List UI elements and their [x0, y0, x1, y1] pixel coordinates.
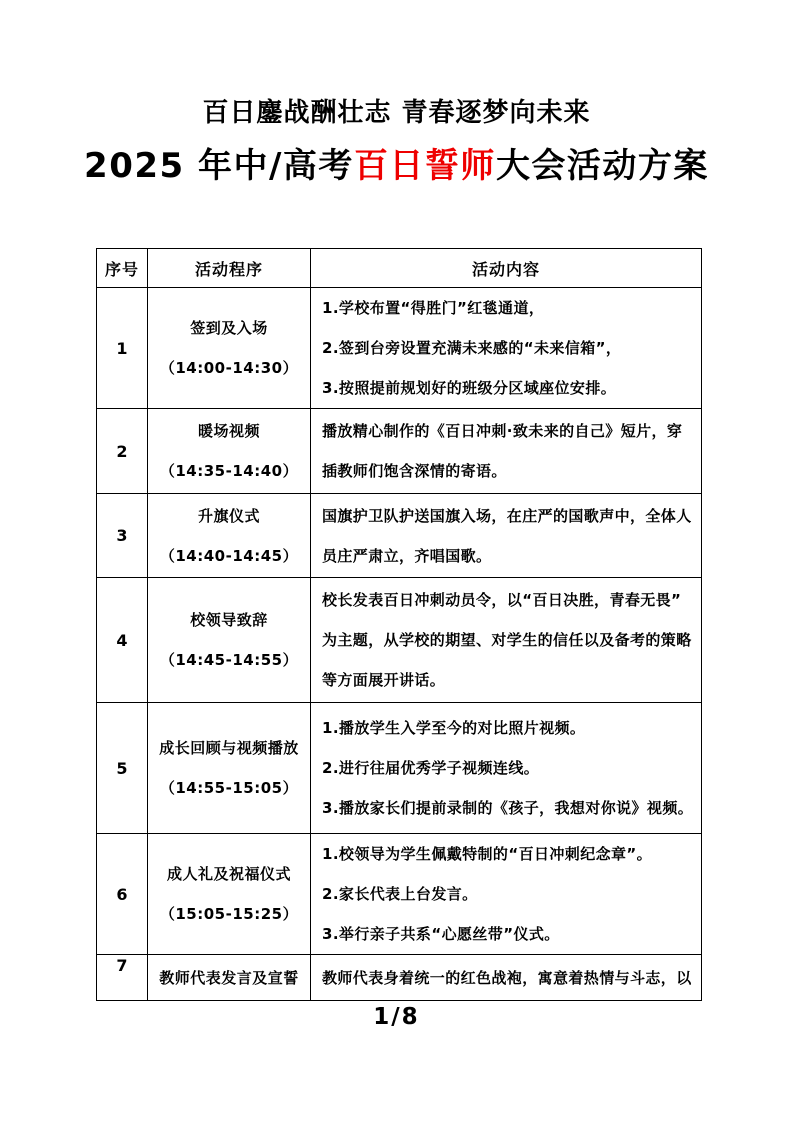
content-line: 等方面展开讲话。	[322, 660, 695, 700]
row-number: 6	[97, 834, 148, 955]
content-line: 为主题，从学校的期望、对学生的信任以及备考的策略	[322, 620, 695, 660]
table-header-row: 序号 活动程序 活动内容	[97, 249, 702, 288]
row-number: 1	[97, 288, 148, 409]
row-content: 播放精心制作的《百日冲刺·致未来的自己》短片，穿 插教师们饱含深情的寄语。	[311, 409, 702, 494]
document-subtitle: 百日鏖战酬壮志 青春逐梦向未来	[0, 96, 793, 130]
content-line: 校长发表百日冲刺动员令，以“百日决胜，青春无畏”	[322, 580, 695, 620]
row-number: 3	[97, 494, 148, 578]
content-line: 3.播放家长们提前录制的《孩子，我想对你说》视频。	[322, 788, 695, 828]
table-row: 6 成人礼及祝福仪式 （15:05-15:25） 1.校领导为学生佩戴特制的“百…	[97, 834, 702, 955]
row-program: 升旗仪式 （14:40-14:45）	[148, 494, 311, 578]
row-number: 4	[97, 578, 148, 703]
content-line: 播放精心制作的《百日冲刺·致未来的自己》短片，穿	[322, 411, 695, 451]
program-name: 暖场视频	[149, 411, 309, 451]
content-line: 1.学校布置“得胜门”红毯通道，	[322, 288, 695, 328]
table-row: 4 校领导致辞 （14:45-14:55） 校长发表百日冲刺动员令，以“百日决胜…	[97, 578, 702, 703]
content-line: 员庄严肃立，齐唱国歌。	[322, 536, 695, 576]
row-number: 5	[97, 703, 148, 834]
row-program: 校领导致辞 （14:45-14:55）	[148, 578, 311, 703]
content-line: 插教师们饱含深情的寄语。	[322, 451, 695, 491]
row-program: 签到及入场 （14:00-14:30）	[148, 288, 311, 409]
program-time: （14:45-14:55）	[149, 640, 309, 680]
program-time: （14:55-15:05）	[149, 768, 309, 808]
page-number: 1/8	[0, 1004, 793, 1030]
table-row: 2 暖场视频 （14:35-14:40） 播放精心制作的《百日冲刺·致未来的自己…	[97, 409, 702, 494]
program-time: （14:00-14:30）	[149, 348, 309, 388]
table-row: 3 升旗仪式 （14:40-14:45） 国旗护卫队护送国旗入场，在庄严的国歌声…	[97, 494, 702, 578]
header-program: 活动程序	[148, 249, 311, 288]
activity-schedule-table: 序号 活动程序 活动内容 1 签到及入场 （14:00-14:30） 1.学校布…	[96, 248, 702, 1001]
title-suffix: 大会活动方案	[496, 146, 709, 186]
header-seq: 序号	[97, 249, 148, 288]
row-number: 2	[97, 409, 148, 494]
program-time: （14:35-14:40）	[149, 451, 309, 491]
content-line: 2.进行往届优秀学子视频连线。	[322, 748, 695, 788]
program-name: 签到及入场	[149, 308, 309, 348]
title-highlight-red: 百日誓师	[354, 146, 496, 186]
table-row: 1 签到及入场 （14:00-14:30） 1.学校布置“得胜门”红毯通道， 2…	[97, 288, 702, 409]
row-content: 1.播放学生入学至今的对比照片视频。 2.进行往届优秀学子视频连线。 3.播放家…	[311, 703, 702, 834]
header-content: 活动内容	[311, 249, 702, 288]
row-content: 国旗护卫队护送国旗入场，在庄严的国歌声中，全体人 员庄严肃立，齐唱国歌。	[311, 494, 702, 578]
title-prefix: 2025 年中/高考	[84, 146, 354, 186]
content-line: 1.校领导为学生佩戴特制的“百日冲刺纪念章”。	[322, 834, 695, 874]
content-line: 国旗护卫队护送国旗入场，在庄严的国歌声中，全体人	[322, 496, 695, 536]
content-line: 1.播放学生入学至今的对比照片视频。	[322, 708, 695, 748]
program-name: 成长回顾与视频播放	[149, 728, 309, 768]
row-program: 教师代表发言及宣誓	[148, 955, 311, 1001]
table-row: 5 成长回顾与视频播放 （14:55-15:05） 1.播放学生入学至今的对比照…	[97, 703, 702, 834]
content-line: 2.家长代表上台发言。	[322, 874, 695, 914]
row-program: 成人礼及祝福仪式 （15:05-15:25）	[148, 834, 311, 955]
table-row: 7 教师代表发言及宣誓 教师代表身着统一的红色战袍，寓意着热情与斗志，以	[97, 955, 702, 1001]
row-number: 7	[97, 955, 148, 1001]
program-name: 校领导致辞	[149, 600, 309, 640]
program-time: （15:05-15:25）	[149, 894, 309, 934]
row-program: 暖场视频 （14:35-14:40）	[148, 409, 311, 494]
row-content: 1.学校布置“得胜门”红毯通道， 2.签到台旁设置充满未来感的“未来信箱”， 3…	[311, 288, 702, 409]
program-time: （14:40-14:45）	[149, 536, 309, 576]
row-content: 教师代表身着统一的红色战袍，寓意着热情与斗志，以	[311, 955, 702, 1001]
program-name: 教师代表发言及宣誓	[149, 958, 309, 998]
document-title: 2025 年中/高考百日誓师大会活动方案	[0, 143, 793, 189]
content-line: 3.按照提前规划好的班级分区域座位安排。	[322, 368, 695, 408]
content-line: 2.签到台旁设置充满未来感的“未来信箱”，	[322, 328, 695, 368]
program-name: 成人礼及祝福仪式	[149, 854, 309, 894]
content-line: 教师代表身着统一的红色战袍，寓意着热情与斗志，以	[322, 958, 695, 998]
program-name: 升旗仪式	[149, 496, 309, 536]
document-page: { "page": { "title_line1": "百日鏖战酬壮志 青春逐梦…	[0, 0, 793, 1122]
row-content: 校长发表百日冲刺动员令，以“百日决胜，青春无畏” 为主题，从学校的期望、对学生的…	[311, 578, 702, 703]
row-content: 1.校领导为学生佩戴特制的“百日冲刺纪念章”。 2.家长代表上台发言。 3.举行…	[311, 834, 702, 955]
content-line: 3.举行亲子共系“心愿丝带”仪式。	[322, 914, 695, 954]
row-program: 成长回顾与视频播放 （14:55-15:05）	[148, 703, 311, 834]
